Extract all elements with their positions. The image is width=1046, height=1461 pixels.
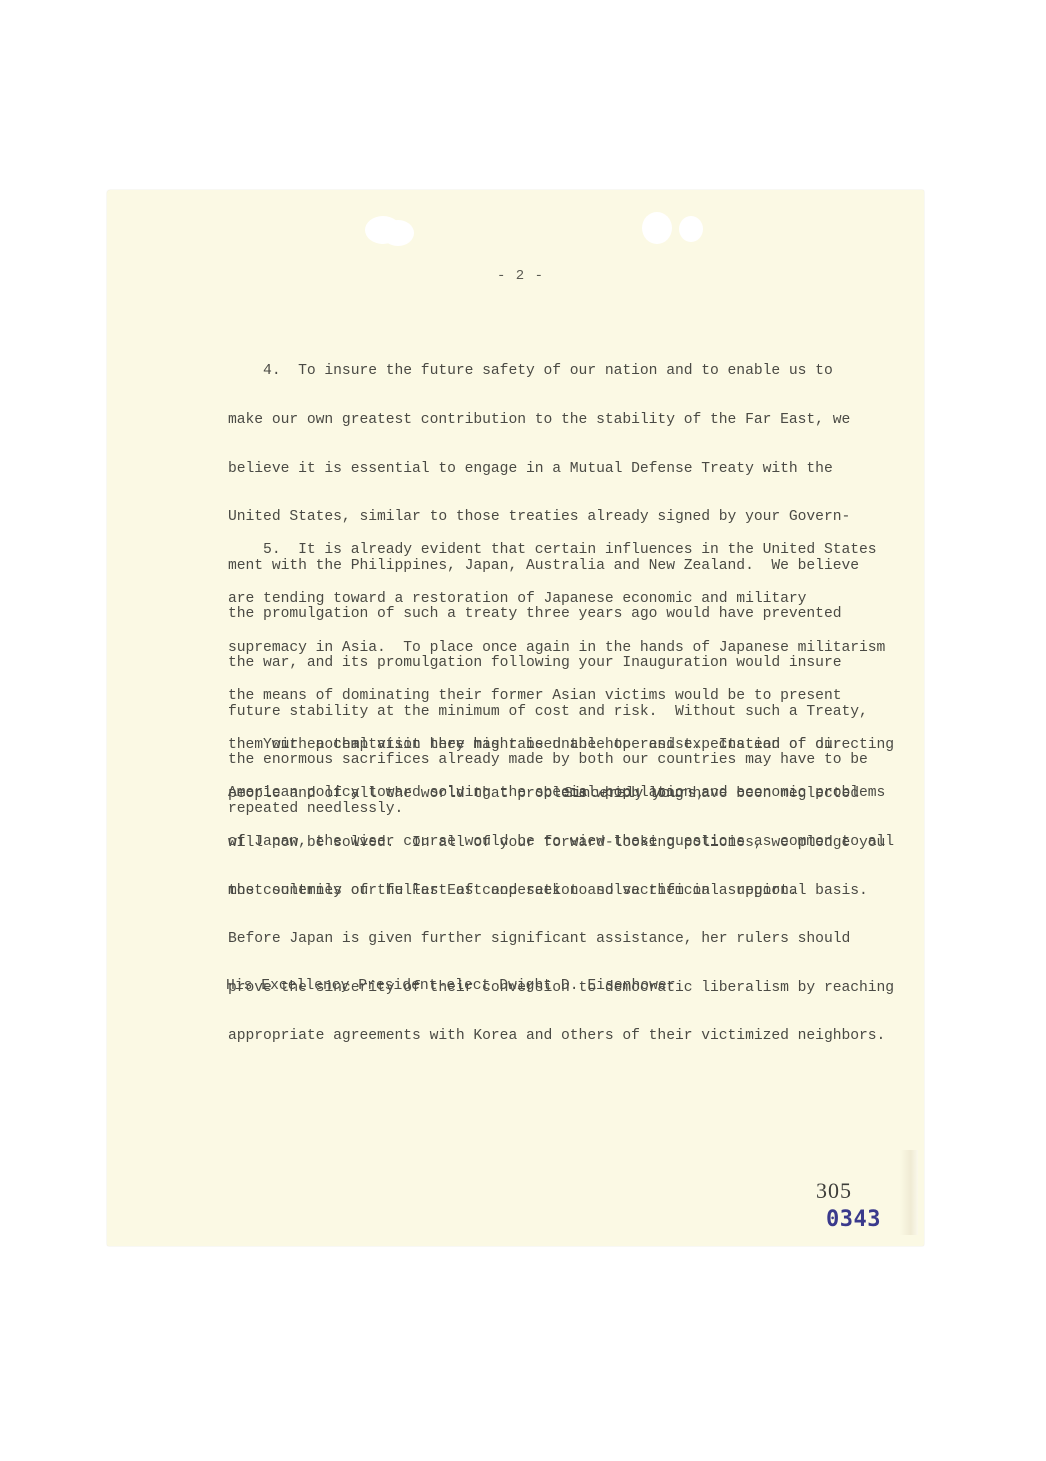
text-line: supremacy in Asia. To place once again i… (228, 640, 894, 656)
text-line: make our own greatest contribution to th… (228, 412, 868, 428)
text-line: Before Japan is given further significan… (228, 931, 894, 947)
text-line: are tending toward a restoration of Japa… (228, 591, 894, 607)
text-line: 4. To insure the future safety of our na… (228, 363, 868, 379)
stamp-number: 0343 (826, 1207, 881, 1232)
text-line: appropriate agreements with Korea and ot… (228, 1028, 894, 1044)
archive-number: 305 (816, 1178, 852, 1204)
punch-hole-left-overlap (382, 220, 414, 246)
text-line: people and of all the world that problem… (228, 786, 885, 802)
text-line: 5. It is already evident that certain in… (228, 542, 894, 558)
punch-hole-right-b (679, 216, 703, 242)
addressee: His Excellency President-elect Dwight D.… (226, 978, 676, 994)
edge-wear (900, 1150, 918, 1235)
text-line: the means of dominating their former Asi… (228, 688, 894, 704)
text-line: will now be solved. In all of your forwa… (228, 835, 885, 851)
text-line: believe it is essential to engage in a M… (228, 461, 868, 477)
page-number: - 2 - (497, 268, 544, 284)
text-line: most solemnly our fullest of cooperation… (228, 883, 885, 899)
punch-hole-right-a (642, 212, 672, 244)
paragraph-closing: Your epochal visit here has raised the h… (228, 705, 885, 916)
closing-salutation: Sincerely yours, (564, 786, 705, 802)
text-line: Your epochal visit here has raised the h… (228, 737, 885, 753)
